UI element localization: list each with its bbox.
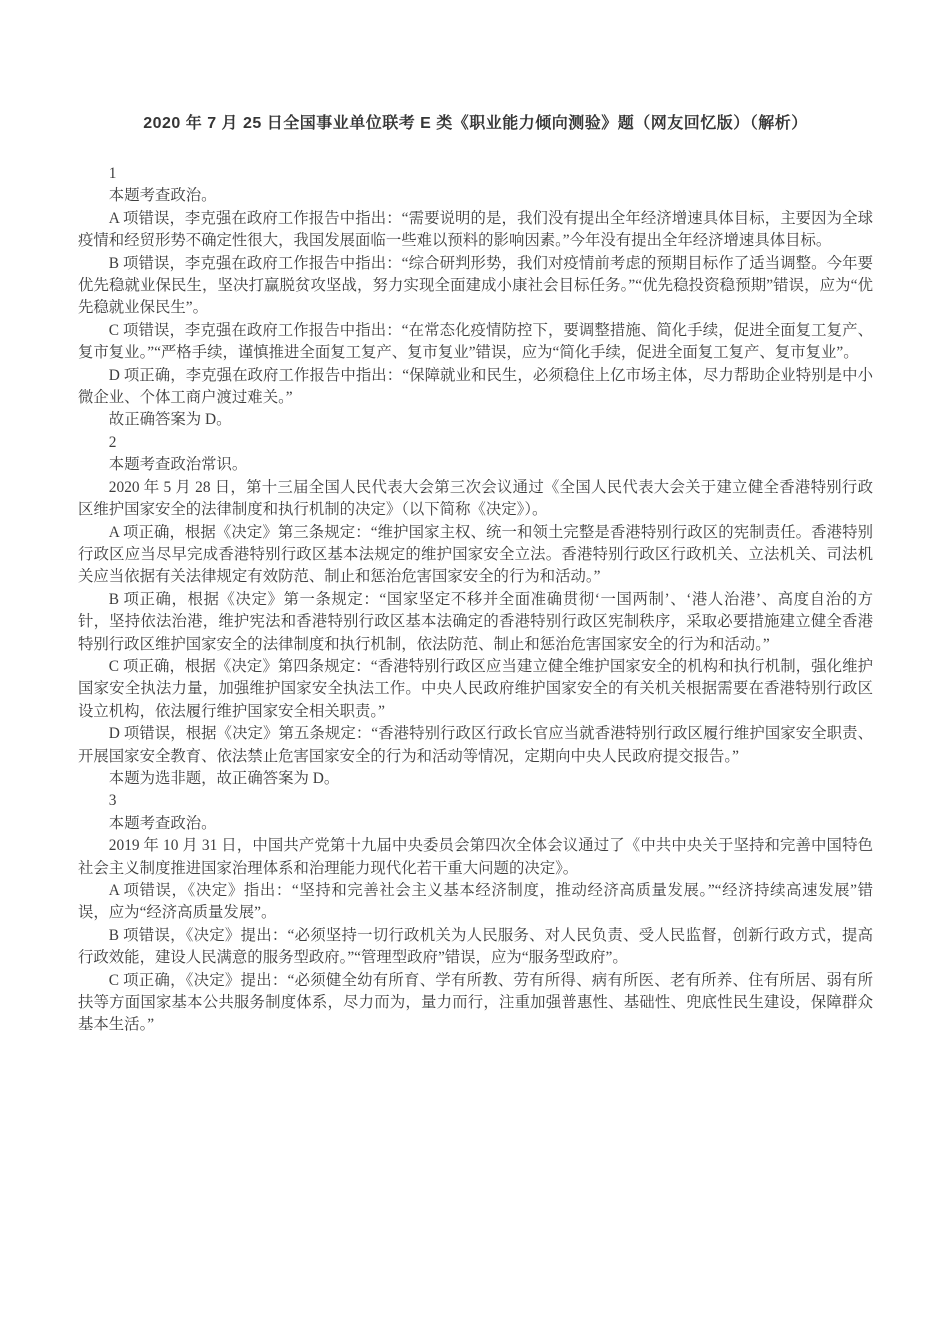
explanation-paragraph: 2020 年 5 月 28 日，第十三届全国人民代表大会第三次会议通过《全国人民… — [78, 477, 873, 522]
explanation-paragraph: A 项正确，根据《决定》第三条规定：“维护国家主权、统一和领土完整是香港特别行政… — [78, 522, 873, 589]
explanation-paragraph: 故正确答案为 D。 — [78, 409, 873, 431]
question-number: 1 — [78, 163, 873, 185]
question-number: 3 — [78, 790, 873, 812]
explanation-paragraph: B 项错误，李克强在政府工作报告中指出：“综合研判形势，我们对疫情前考虑的预期目… — [78, 253, 873, 320]
explanation-paragraph: C 项正确，《决定》提出：“必须健全幼有所育、学有所教、劳有所得、病有所医、老有… — [78, 970, 873, 1037]
explanation-paragraph: B 项错误，《决定》提出：“必须坚持一切行政机关为人民服务、对人民负责、受人民监… — [78, 925, 873, 970]
explanation-paragraph: A 项错误，李克强在政府工作报告中指出：“需要说明的是，我们没有提出全年经济增速… — [78, 208, 873, 253]
explanation-paragraph: D 项正确，李克强在政府工作报告中指出：“保障就业和民生，必须稳住上亿市场主体，… — [78, 365, 873, 410]
explanation-paragraph: 本题考查政治。 — [78, 813, 873, 835]
document-title: 2020 年 7 月 25 日全国事业单位联考 E 类《职业能力倾向测验》题（网… — [78, 112, 873, 136]
explanation-paragraph: D 项错误，根据《决定》第五条规定：“香港特别行政区行政长官应当就香港特别行政区… — [78, 723, 873, 768]
document-page: 2020 年 7 月 25 日全国事业单位联考 E 类《职业能力倾向测验》题（网… — [0, 0, 950, 1344]
explanation-paragraph: C 项正确，根据《决定》第四条规定：“香港特别行政区应当建立健全维护国家安全的机… — [78, 656, 873, 723]
explanation-paragraph: B 项正确，根据《决定》第一条规定：“国家坚定不移并全面准确贯彻‘一国两制’、‘… — [78, 589, 873, 656]
question-number: 2 — [78, 432, 873, 454]
explanation-paragraph: A 项错误，《决定》指出：“坚持和完善社会主义基本经济制度，推动经济高质量发展。… — [78, 880, 873, 925]
document-body: 1本题考查政治。A 项错误，李克强在政府工作报告中指出：“需要说明的是，我们没有… — [78, 163, 873, 1037]
explanation-paragraph: 本题考查政治。 — [78, 185, 873, 207]
explanation-paragraph: 本题为选非题，故正确答案为 D。 — [78, 768, 873, 790]
explanation-paragraph: C 项错误，李克强在政府工作报告中指出：“在常态化疫情防控下，要调整措施、简化手… — [78, 320, 873, 365]
explanation-paragraph: 2019 年 10 月 31 日，中国共产党第十九届中央委员会第四次全体会议通过… — [78, 835, 873, 880]
explanation-paragraph: 本题考查政治常识。 — [78, 454, 873, 476]
